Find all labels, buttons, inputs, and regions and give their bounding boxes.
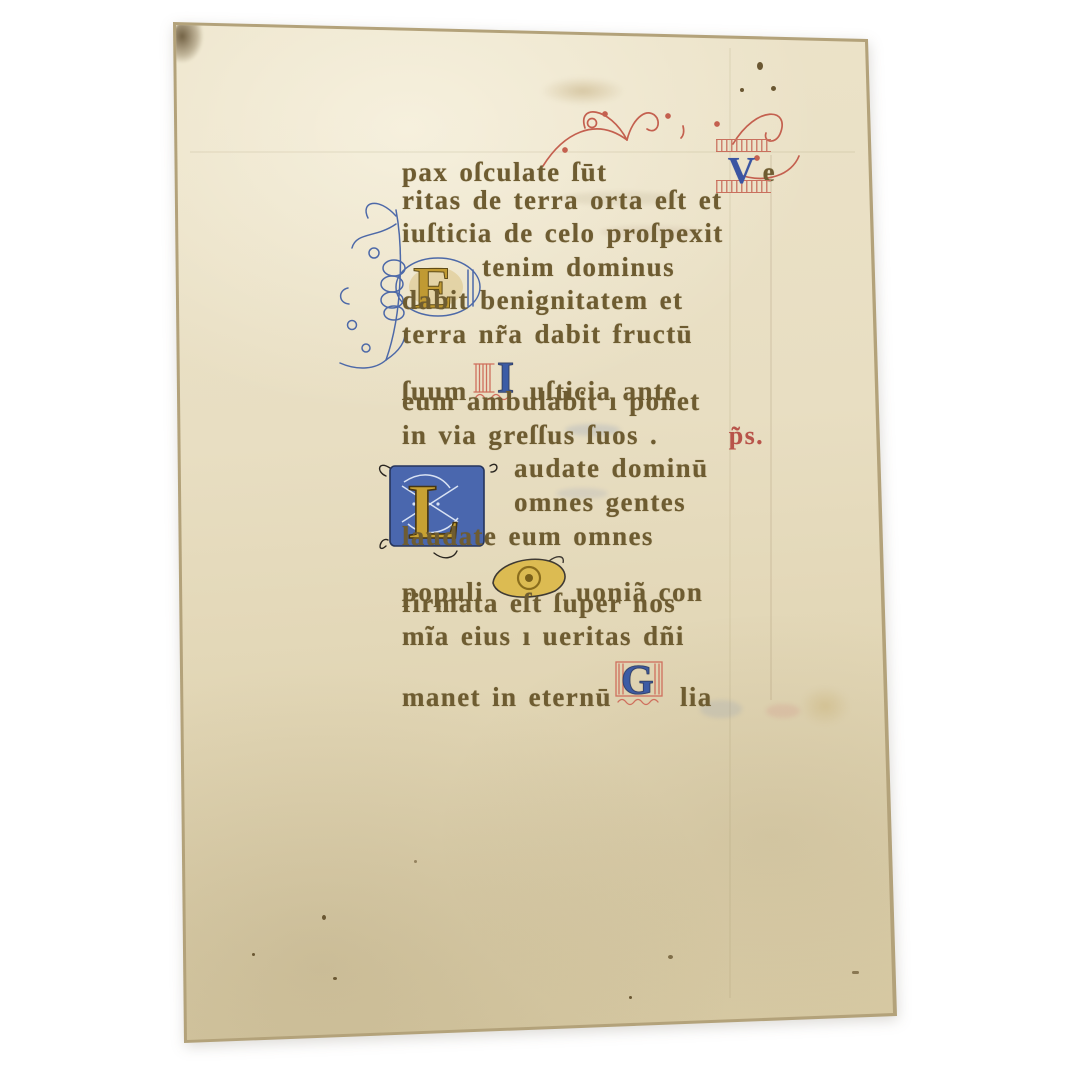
pink-smudge — [766, 704, 800, 718]
line10-text: audate dominū — [514, 452, 709, 486]
line16-post: lia — [680, 681, 713, 715]
leaf-shadow: E — [0, 0, 1072, 1072]
text-line: pax oſculate ſūt V e — [402, 150, 776, 184]
text-line: audate dominū — [402, 452, 776, 486]
text-line: manet in eternū G lia — [402, 654, 776, 688]
text-line: populi Q uoniã con — [402, 553, 776, 587]
speck — [333, 977, 337, 980]
text-line: firmata eſt ſuper nos — [402, 587, 776, 621]
line9-text: in via greſſus ſuos . — [402, 419, 658, 453]
illuminated-initial-g: G — [614, 654, 678, 706]
initial-g-letter: G — [621, 658, 655, 704]
text-line: laudate eum omnes — [402, 520, 776, 554]
line8-text: eum ambulabit ı ponet — [402, 385, 701, 419]
corner-stain — [172, 20, 218, 78]
line15-text: mĩa eius ı ueritas dñi — [402, 620, 685, 654]
line3-text: iuſticia de celo proſpexit — [402, 217, 724, 251]
text-line: ſuum I uſticia ante — [402, 352, 776, 386]
speck — [414, 860, 417, 863]
line12-text: laudate eum omnes — [402, 520, 654, 554]
illuminated-initial-v: V — [722, 152, 763, 190]
speck — [252, 953, 255, 956]
speck — [852, 971, 859, 974]
line11-text: omnes gentes — [514, 486, 686, 520]
line5-text: dabit benignitatem et — [402, 284, 683, 318]
text-line: terra nr̃a dabit fructū — [402, 318, 776, 352]
lower-right-stain — [792, 682, 858, 730]
line6-text: terra nr̃a dabit fructū — [402, 318, 693, 352]
line14-text: firmata eſt ſuper nos — [402, 587, 676, 621]
text-line: dabit benignitatem et — [402, 284, 776, 318]
speck — [629, 996, 632, 999]
text-line: in via greſſus ſuos . p̃s. — [402, 419, 776, 453]
speck — [668, 955, 673, 959]
line2-text: ritas de terra orta eſt et — [402, 184, 723, 218]
text-line: mĩa eius ı ueritas dñi — [402, 620, 776, 654]
text-line: tenim dominus — [402, 251, 776, 285]
speck — [322, 915, 326, 920]
photo-backdrop: E — [0, 0, 1072, 1072]
line16-pre: manet in eternū — [402, 681, 612, 715]
text-line: eum ambulabit ı ponet — [402, 385, 776, 419]
manuscript-leaf: E — [0, 0, 1072, 1072]
rubric-ps: p̃s. — [729, 419, 764, 453]
text-line: iuſticia de celo proſpexit — [402, 217, 776, 251]
line4-text: tenim dominus — [482, 251, 675, 285]
text-block: pax oſculate ſūt V e ritas de terra orta… — [402, 150, 776, 688]
text-line: omnes gentes — [402, 486, 776, 520]
speck — [757, 62, 763, 70]
